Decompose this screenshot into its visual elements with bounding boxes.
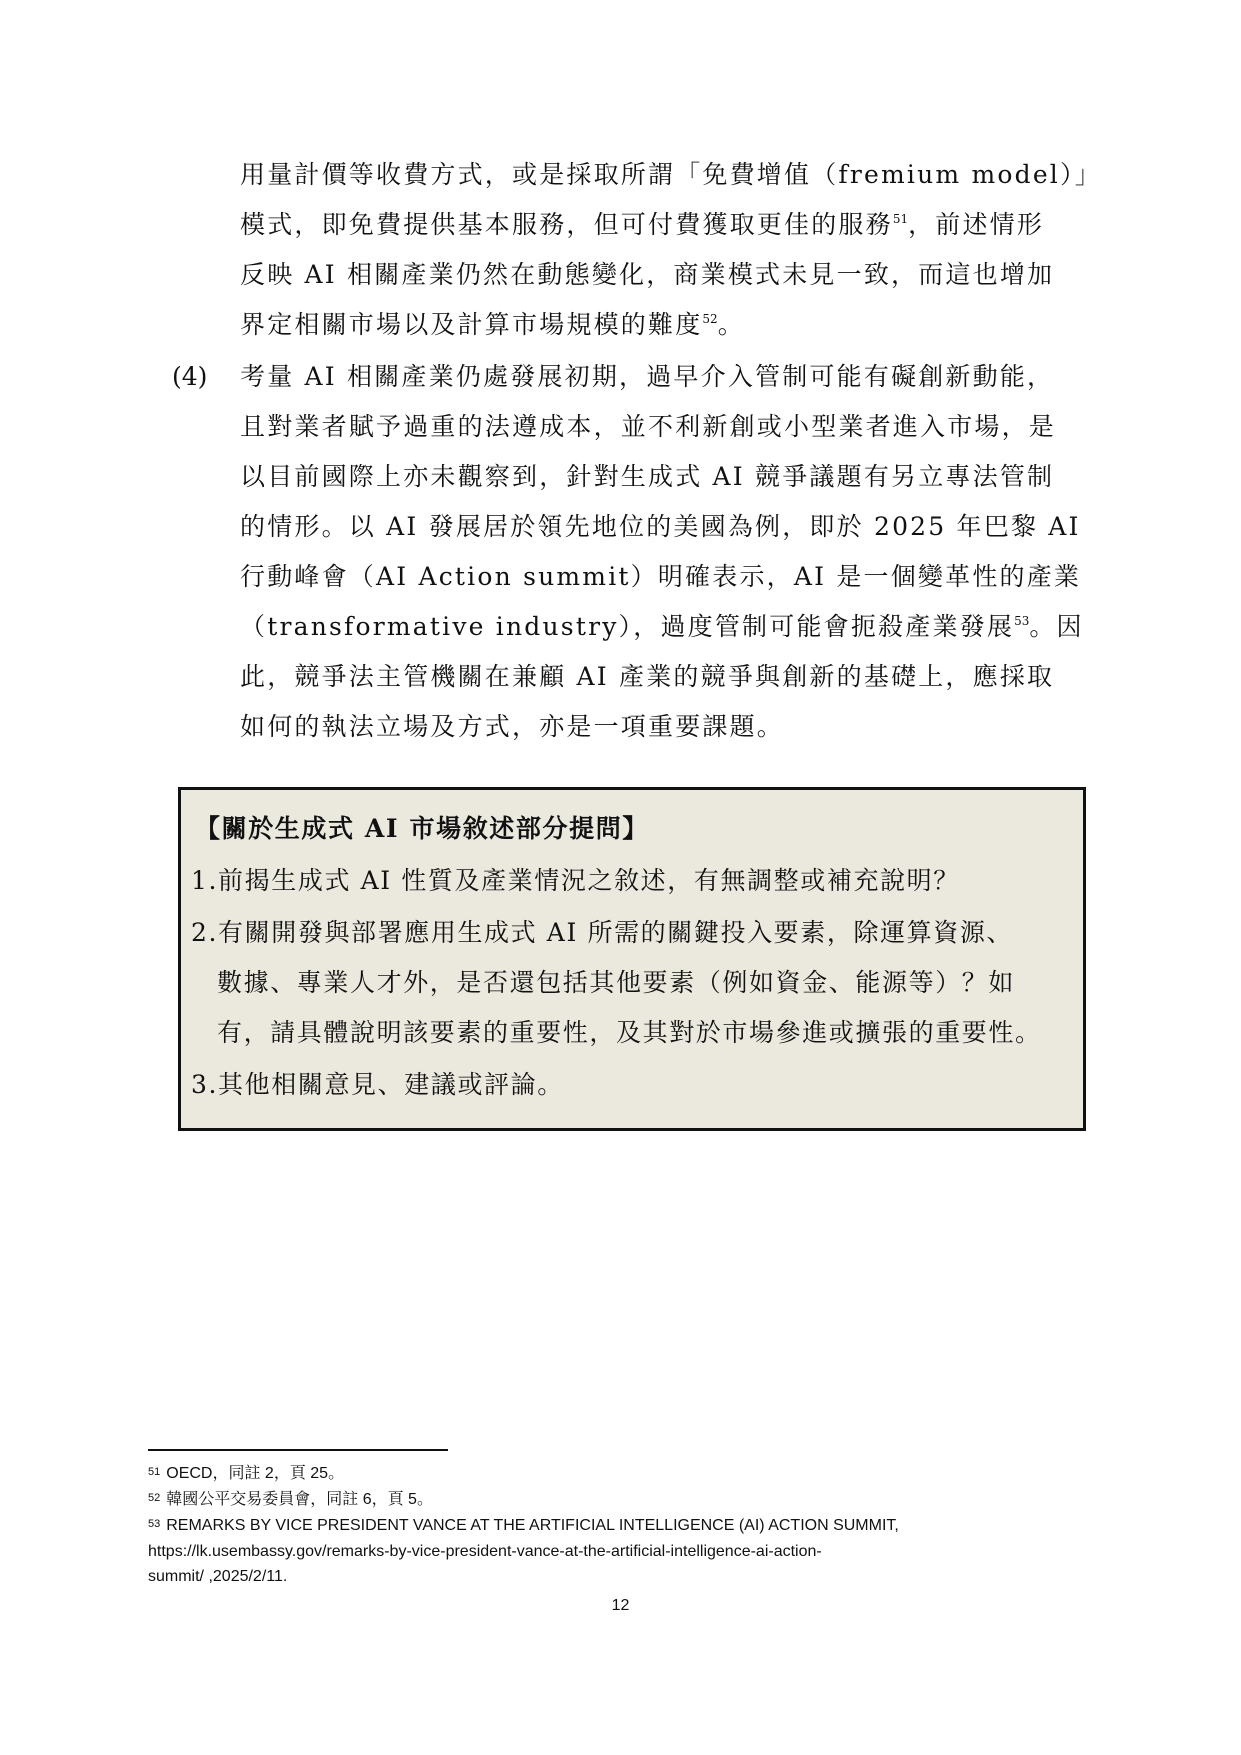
body-text: 模式，即免費提供基本服務，但可付費獲取更佳的服務 xyxy=(240,210,893,239)
footnote: 53REMARKS BY VICE PRESIDENT VANCE AT THE… xyxy=(148,1515,899,1537)
footnote-text: REMARKS BY VICE PRESIDENT VANCE AT THE A… xyxy=(166,1517,899,1534)
footnote-ref[interactable]: 52 xyxy=(702,312,717,326)
footnote-text: 韓國公平交易委員會，同註 6，頁 5。 xyxy=(166,1491,433,1508)
footnote-number: 53 xyxy=(148,1518,160,1530)
question-box: 【關於生成式 AI 市場敘述部分提問】 1.前揭生成式 AI 性質及產業情況之敘… xyxy=(178,787,1086,1131)
body-line: 此，競爭法主管機關在兼顧 AI 產業的競爭與創新的基礎上，應採取 xyxy=(240,662,1054,692)
question-item: 3.其他相關意見、建議或評論。 xyxy=(191,1070,564,1100)
footnote-number: 52 xyxy=(148,1492,160,1504)
footnote-separator xyxy=(148,1449,448,1451)
body-text: 。因 xyxy=(1029,612,1083,641)
footnote: 52韓國公平交易委員會，同註 6，頁 5。 xyxy=(148,1489,433,1511)
body-line: 考量 AI 相關產業仍處發展初期，過早介入管制可能有礙創新動能， xyxy=(240,362,1054,392)
body-line: 界定相關市場以及計算市場規模的難度52。 xyxy=(240,310,745,340)
body-text: 。 xyxy=(718,310,745,339)
body-text: （transformative industry），過度管制可能會扼殺產業發展 xyxy=(240,612,1014,641)
body-line: 如何的執法立場及方式，亦是一項重要課題。 xyxy=(240,712,784,742)
list-item-label: (4) xyxy=(172,362,207,392)
body-line: 用量計價等收費方式，或是採取所謂「免費增值（fremium model）」 xyxy=(240,160,1102,190)
footnote-link[interactable]: https://lk.usembassy.gov/remarks-by-vice… xyxy=(148,1541,822,1563)
question-item-continued: 數據、專業人才外，是否還包括其他要素（例如資金、能源等）？如 xyxy=(217,968,1015,998)
question-box-title: 【關於生成式 AI 市場敘述部分提問】 xyxy=(195,814,649,844)
question-item: 2.有關開發與部署應用生成式 AI 所需的關鍵投入要素，除運算資源、 xyxy=(191,918,1013,948)
body-line: 以目前國際上亦未觀察到，針對生成式 AI 競爭議題有另立專法管制 xyxy=(240,462,1054,492)
body-text: 界定相關市場以及計算市場規模的難度 xyxy=(240,310,702,339)
footnote-text: OECD，同註 2，頁 25。 xyxy=(166,1465,344,1482)
page-number: 12 xyxy=(0,1597,1241,1615)
footnote-number: 51 xyxy=(148,1466,160,1478)
body-line: 行動峰會（AI Action summit）明確表示，AI 是一個變革性的產業 xyxy=(240,562,1081,592)
body-line: 的情形。以 AI 發展居於領先地位的美國為例，即於 2025 年巴黎 AI xyxy=(240,512,1081,542)
question-item: 1.前揭生成式 AI 性質及產業情況之敘述，有無調整或補充說明？ xyxy=(191,866,960,896)
footnote-ref[interactable]: 53 xyxy=(1014,614,1029,628)
question-item-continued: 有，請具體說明該要素的重要性，及其對於市場參進或擴張的重要性。 xyxy=(217,1018,1042,1048)
footnote-ref[interactable]: 51 xyxy=(893,212,908,226)
body-line: 反映 AI 相關產業仍然在動態變化，商業模式未見一致，而這也增加 xyxy=(240,260,1054,290)
body-line: （transformative industry），過度管制可能會扼殺產業發展5… xyxy=(240,612,1084,642)
body-line: 且對業者賦予過重的法遵成本，並不利新創或小型業者進入市場，是 xyxy=(240,412,1056,442)
footnote-text: summit/ ,2025/2/11. xyxy=(148,1566,287,1588)
body-text: ，前述情形 xyxy=(908,210,1044,239)
body-line: 模式，即免費提供基本服務，但可付費獲取更佳的服務51，前述情形 xyxy=(240,210,1044,240)
footnote: 51OECD，同註 2，頁 25。 xyxy=(148,1463,344,1485)
